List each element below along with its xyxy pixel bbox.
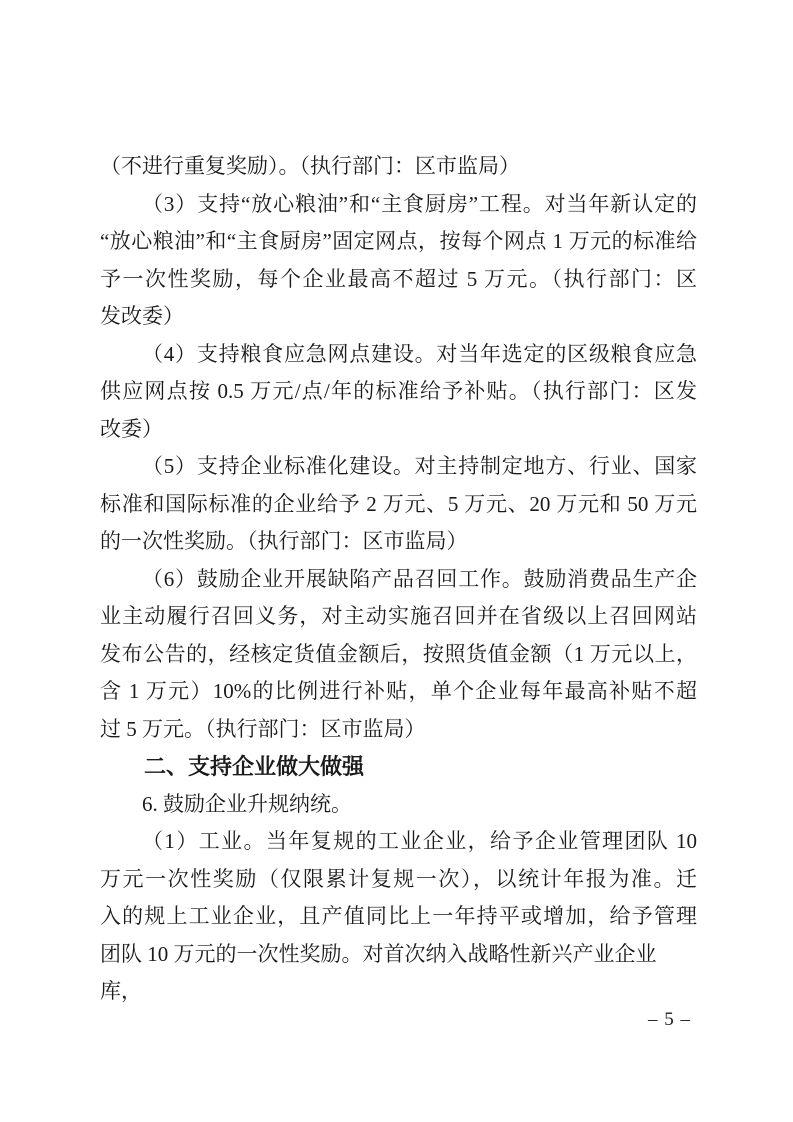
text-line: 发布公告的，经核定货值金额后，按照货值金额（1 万元以上， — [100, 636, 697, 674]
paragraph: （6）鼓励企业开展缺陷产品召回工作。鼓励消费品生产企业主动履行召回义务，对主动实… — [100, 561, 697, 749]
text-line: 含 1 万元）10%的比例进行补贴，单个企业每年最高补贴不超 — [100, 673, 697, 711]
text-line: （1）工业。当年复规的工业企业，给予企业管理团队 10 — [100, 823, 697, 861]
text-line: 万元一次性奖励（仅限累计复规一次），以统计年报为准。迁 — [100, 861, 697, 899]
text-line: 业主动履行召回义务，对主动实施召回并在省级以上召回网站 — [100, 598, 697, 636]
text-line: （不进行重复奖励）。（执行部门：区市监局） — [100, 148, 697, 186]
text-line: 的一次性奖励。（执行部门：区市监局） — [100, 523, 697, 561]
page-number: – 5 – — [648, 1008, 691, 1032]
text-line: 6. 鼓励企业升规纳统。 — [100, 786, 697, 824]
text-line: 改委） — [100, 411, 697, 449]
text-line: （5）支持企业标准化建设。对主持制定地方、行业、国家 — [100, 448, 697, 486]
document-body: （不进行重复奖励）。（执行部门：区市监局）（3）支持“放心粮油”和“主食厨房”工… — [100, 148, 697, 1011]
text-line: （6）鼓励企业开展缺陷产品召回工作。鼓励消费品生产企 — [100, 561, 697, 599]
text-line: 二、支持企业做大做强 — [100, 748, 697, 786]
paragraph: 6. 鼓励企业升规纳统。 — [100, 786, 697, 824]
paragraph: （不进行重复奖励）。（执行部门：区市监局） — [100, 148, 697, 186]
text-line: “放心粮油”和“主食厨房”固定网点，按每个网点 1 万元的标准给 — [100, 223, 697, 261]
text-line: 标准和国际标准的企业给予 2 万元、5 万元、20 万元和 50 万元 — [100, 486, 697, 524]
text-line: 供应网点按 0.5 万元/点/年的标准给予补贴。（执行部门：区发 — [100, 373, 697, 411]
text-line: 入的规上工业企业，且产值同比上一年持平或增加，给予管理 — [100, 898, 697, 936]
paragraph: （1）工业。当年复规的工业企业，给予企业管理团队 10万元一次性奖励（仅限累计复… — [100, 823, 697, 1011]
paragraph: （3）支持“放心粮油”和“主食厨房”工程。对当年新认定的“放心粮油”和“主食厨房… — [100, 186, 697, 336]
text-line: （4）支持粮食应急网点建设。对当年选定的区级粮食应急 — [100, 336, 697, 374]
text-line: 过 5 万元。（执行部门：区市监局） — [100, 711, 697, 749]
text-line: （3）支持“放心粮油”和“主食厨房”工程。对当年新认定的 — [100, 186, 697, 224]
paragraph: （4）支持粮食应急网点建设。对当年选定的区级粮食应急供应网点按 0.5 万元/点… — [100, 336, 697, 449]
text-line: 团队 10 万元的一次性奖励。对首次纳入战略性新兴产业企业库， — [100, 936, 697, 1011]
text-line: 发改委） — [100, 298, 697, 336]
text-line: 予一次性奖励，每个企业最高不超过 5 万元。（执行部门：区 — [100, 261, 697, 299]
paragraph: （5）支持企业标准化建设。对主持制定地方、行业、国家标准和国际标准的企业给予 2… — [100, 448, 697, 561]
section-heading: 二、支持企业做大做强 — [100, 748, 697, 786]
document-page: （不进行重复奖励）。（执行部门：区市监局）（3）支持“放心粮油”和“主食厨房”工… — [0, 0, 793, 1122]
